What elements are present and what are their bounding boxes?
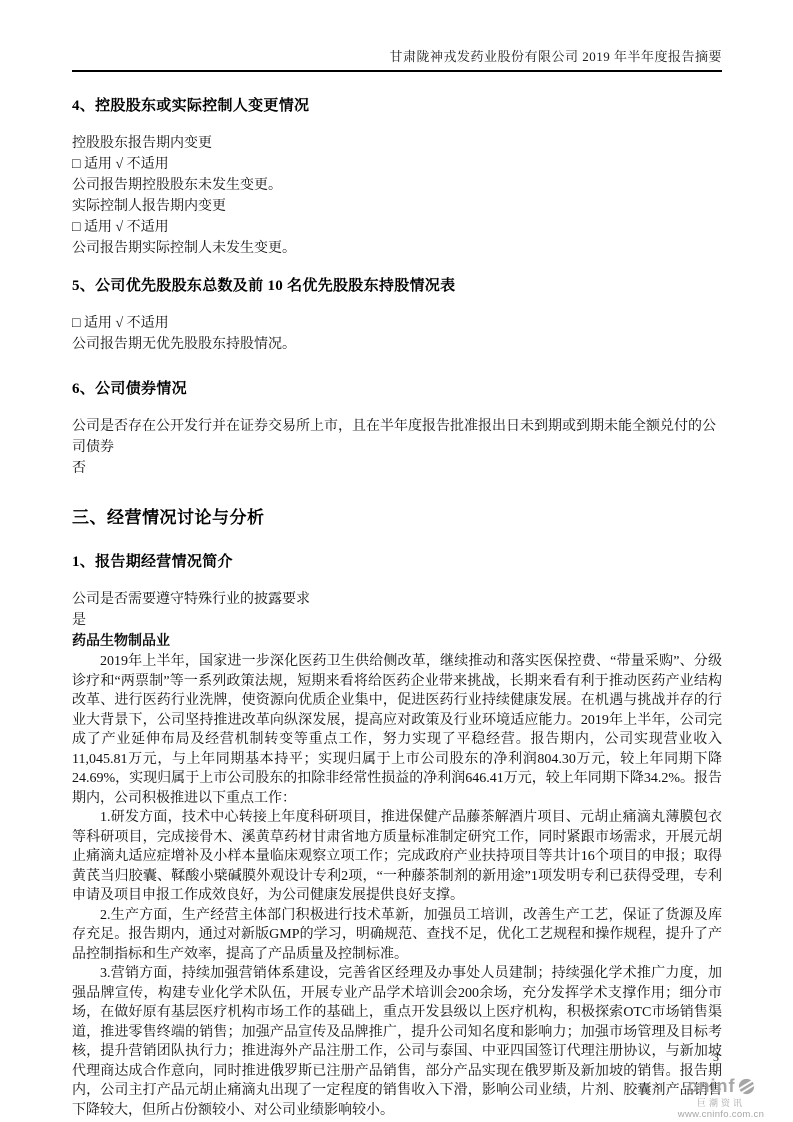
cninfo-logo: cninf 巨潮资讯 www.cninfo.com.cn bbox=[665, 1076, 777, 1121]
section-3-main-title: 三、经营情况讨论与分析 bbox=[72, 503, 722, 528]
section-4-line: 控股股东报告期内变更 bbox=[72, 133, 722, 154]
section-6-line: 公司是否存在公开发行并在证券交易所上市，且在半年度报告批准报出日未到期或到期未能… bbox=[72, 416, 722, 458]
subsection-1-title: 1、报告期经营情况简介 bbox=[72, 550, 722, 571]
section-6-title: 6、公司债券情况 bbox=[72, 377, 722, 398]
industry-name-line: 药品生物制品业 bbox=[72, 631, 722, 652]
cninfo-brand-row: cninf bbox=[688, 1076, 755, 1097]
section-5-line: 公司报告期无优先股股东持股情况。 bbox=[72, 334, 722, 355]
disclosure-answer-line: 是 bbox=[72, 610, 722, 631]
section-4-checkbox-line: □ 适用 √ 不适用 bbox=[72, 154, 722, 175]
body-paragraph: 2019年上半年，国家进一步深化医药卫生供给侧改革，继续推动和落实医保控费、“带… bbox=[72, 652, 722, 808]
page-content: 甘肃陇神戎发药业股份有限公司 2019 年半年度报告摘要 4、控股股东或实际控制… bbox=[72, 46, 722, 1120]
body-paragraph: 1.研发方面，技术中心转接上年度科研项目，推进保健产品藤茶解酒片项目、元胡止痛滴… bbox=[72, 808, 722, 906]
report-page: 甘肃陇神戎发药业股份有限公司 2019 年半年度报告摘要 4、控股股东或实际控制… bbox=[0, 0, 793, 1122]
section-5-checkbox-line: □ 适用 √ 不适用 bbox=[72, 313, 722, 334]
cninfo-chinese-name: 巨潮资讯 bbox=[665, 1098, 777, 1108]
header-divider bbox=[72, 70, 722, 72]
page-number: 3 bbox=[713, 1050, 719, 1065]
cninfo-brand-text: cninf bbox=[688, 1076, 736, 1097]
section-5-title: 5、公司优先股股东总数及前 10 名优先股股东持股情况表 bbox=[72, 274, 722, 295]
section-4-checkbox-line: □ 适用 √ 不适用 bbox=[72, 217, 722, 238]
cninfo-website-url: www.cninfo.com.cn bbox=[665, 1110, 777, 1121]
section-4-line: 公司报告期控股股东未发生变更。 bbox=[72, 175, 722, 196]
section-4-line: 实际控制人报告期内变更 bbox=[72, 196, 722, 217]
cninfo-swirl-icon bbox=[738, 1078, 755, 1095]
section-6-line: 否 bbox=[72, 458, 722, 479]
body-paragraph: 3.营销方面，持续加强营销体系建设，完善省区经理及办事处人员建制；持续强化学术推… bbox=[72, 964, 722, 1120]
body-paragraph: 2.生产方面，生产经营主体部门积极进行技术革新，加强员工培训，改善生产工艺，保证… bbox=[72, 906, 722, 965]
running-header-title: 甘肃陇神戎发药业股份有限公司 2019 年半年度报告摘要 bbox=[72, 46, 722, 70]
disclosure-question-line: 公司是否需要遵守特殊行业的披露要求 bbox=[72, 589, 722, 610]
section-4-title: 4、控股股东或实际控制人变更情况 bbox=[72, 94, 722, 115]
section-4-line: 公司报告期实际控制人未发生变更。 bbox=[72, 238, 722, 259]
